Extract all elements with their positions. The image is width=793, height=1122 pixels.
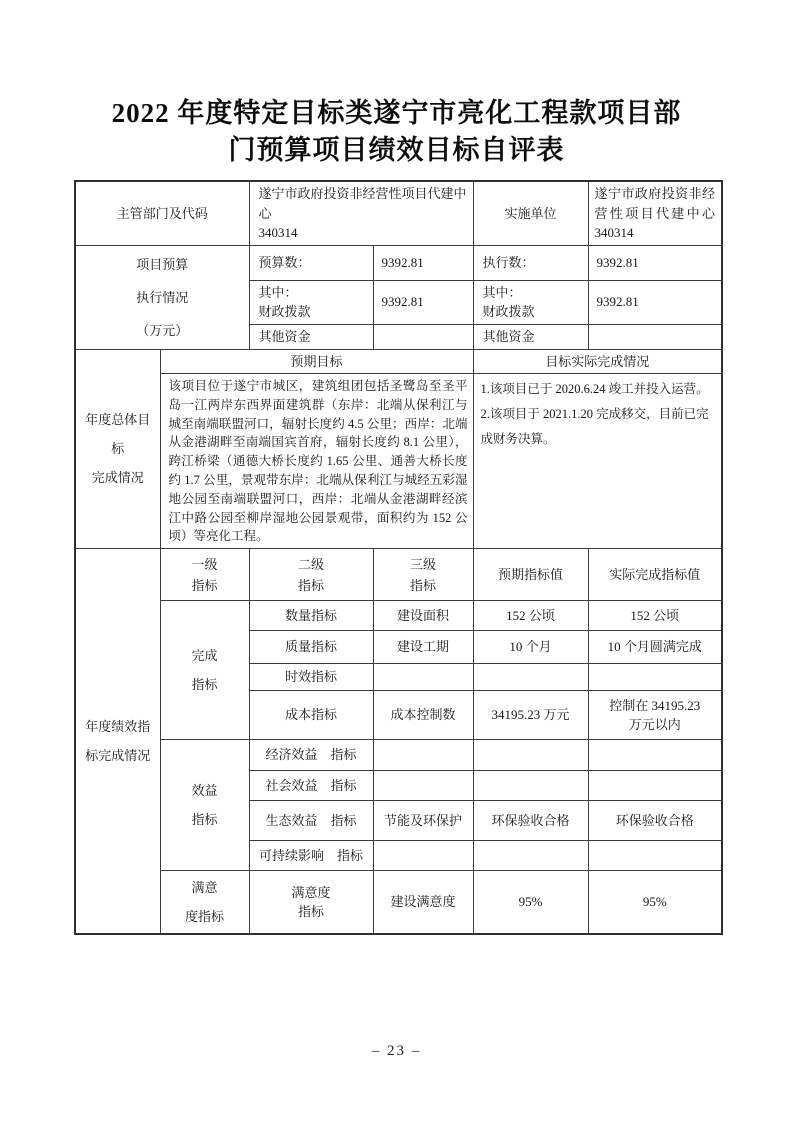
indicator-l2: 满意度 指标 (249, 871, 373, 935)
expected-goal-text: 该项目位于遂宁市城区，建筑组团包括圣鹭岛至圣平岛一江两岸东西界面建筑群（东岸：北… (160, 374, 473, 549)
fiscal-alloc-label-exec: 其中： 财政拨款 (473, 280, 588, 324)
indicator-actual: 环保验收合格 (588, 801, 722, 841)
indicator-expected: 152 公顷 (473, 601, 588, 631)
budget-number-label: 预算数： (249, 245, 373, 280)
indicator-expected: 95% (473, 871, 588, 935)
indicator-l2: 可持续影响 指标 (249, 841, 373, 871)
indicator-l2: 时效指标 (249, 664, 373, 691)
exec-number-value: 9392.81 (588, 245, 722, 280)
indicator-actual: 95% (588, 871, 722, 935)
header-level2: 二级 指标 (249, 549, 373, 601)
self-evaluation-table: 主管部门及代码 遂宁市政府投资非经营性项目代建中心 340314 实施单位 遂宁… (74, 180, 723, 935)
indicator-actual: 控制在 34195.23 万元以内 (588, 691, 722, 740)
other-funds-exec-value (588, 324, 722, 349)
indicator-actual (588, 740, 722, 771)
dept-code-label: 主管部门及代码 (75, 181, 249, 245)
group-satisfaction-indicators: 满意 度指标 (160, 871, 249, 935)
exec-number-label: 执行数： (473, 245, 588, 280)
performance-section-label: 年度绩效指 标完成情况 (75, 549, 160, 935)
indicator-l2: 成本指标 (249, 691, 373, 740)
header-expected-value: 预期指标值 (473, 549, 588, 601)
indicator-l3: 建设工期 (373, 631, 473, 664)
indicator-actual (588, 771, 722, 801)
other-funds-label-exec: 其他资金 (473, 324, 588, 349)
indicator-actual: 152 公顷 (588, 601, 722, 631)
indicator-l2: 生态效益 指标 (249, 801, 373, 841)
page: 2022 年度特定目标类遂宁市亮化工程款项目部 门预算项目绩效目标自评表 主管部… (0, 0, 793, 1122)
actual-goal-header: 目标实际完成情况 (473, 349, 722, 374)
annual-goal-section-label: 年度总体目 标 完成情况 (75, 349, 160, 549)
actual-goal-text: 1.该项目已于 2020.6.24 竣工并投入运营。 2.该项目于 2021.1… (473, 374, 722, 549)
indicator-l3 (373, 841, 473, 871)
indicator-l3 (373, 771, 473, 801)
indicator-expected (473, 841, 588, 871)
indicator-expected (473, 740, 588, 771)
other-funds-budget-value (373, 324, 473, 349)
impl-unit-label: 实施单位 (473, 181, 588, 245)
budget-section-label: 项目预算 执行情况 （万元） (75, 245, 249, 349)
expected-goal-header: 预期目标 (160, 349, 473, 374)
page-title: 2022 年度特定目标类遂宁市亮化工程款项目部 门预算项目绩效目标自评表 (0, 0, 793, 169)
fiscal-alloc-exec-value: 9392.81 (588, 280, 722, 324)
indicator-actual: 10 个月圆满完成 (588, 631, 722, 664)
indicator-l3: 节能及环保护 (373, 801, 473, 841)
indicator-expected: 环保验收合格 (473, 801, 588, 841)
header-level1: 一级 指标 (160, 549, 249, 601)
indicator-expected: 10 个月 (473, 631, 588, 664)
indicator-expected: 34195.23 万元 (473, 691, 588, 740)
indicator-l3: 成本控制数 (373, 691, 473, 740)
indicator-actual (588, 664, 722, 691)
indicator-l2: 经济效益 指标 (249, 740, 373, 771)
dept-code-value: 遂宁市政府投资非经营性项目代建中心 340314 (249, 181, 473, 245)
other-funds-label-budget: 其他资金 (249, 324, 373, 349)
indicator-actual (588, 841, 722, 871)
header-actual-value: 实际完成指标值 (588, 549, 722, 601)
indicator-l3: 建设满意度 (373, 871, 473, 935)
impl-unit-value: 遂宁市政府投资非经营性项目代建中心 340314 (588, 181, 722, 245)
fiscal-alloc-label-budget: 其中： 财政拨款 (249, 280, 373, 324)
budget-number-value: 9392.81 (373, 245, 473, 280)
group-benefit-indicators: 效益 指标 (160, 740, 249, 871)
indicator-expected (473, 664, 588, 691)
indicator-l3 (373, 740, 473, 771)
page-number: – 23 – (0, 1043, 793, 1060)
indicator-expected (473, 771, 588, 801)
indicator-l3: 建设面积 (373, 601, 473, 631)
header-level3: 三级 指标 (373, 549, 473, 601)
indicator-l3 (373, 664, 473, 691)
indicator-l2: 质量指标 (249, 631, 373, 664)
indicator-l2: 数量指标 (249, 601, 373, 631)
indicator-l2: 社会效益 指标 (249, 771, 373, 801)
group-completion-indicators: 完成 指标 (160, 601, 249, 740)
fiscal-alloc-budget-value: 9392.81 (373, 280, 473, 324)
